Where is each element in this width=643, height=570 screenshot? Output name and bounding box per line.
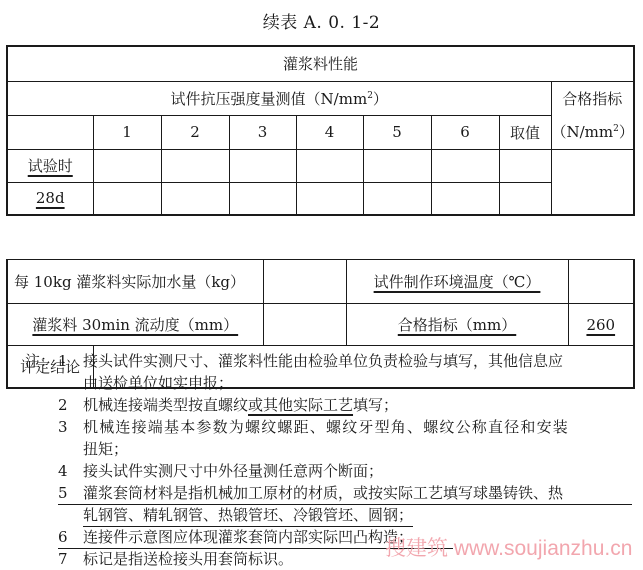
row-label-28d: 28d — [7, 182, 93, 215]
note-3-line-2: 扭矩； — [83, 438, 128, 460]
qualify-value-cell[interactable] — [551, 149, 634, 215]
cell-input[interactable] — [431, 182, 499, 215]
table-title: 续表 A. 0. 1-2 — [0, 8, 643, 33]
col-header-4: 4 — [296, 115, 363, 149]
note-3-num: 3 — [58, 416, 68, 438]
col-header-2: 2 — [161, 115, 229, 149]
cell-input[interactable] — [161, 182, 229, 215]
cell-input[interactable] — [499, 182, 551, 215]
watermark: 搜建筑 www.soujianzhu.cn — [385, 532, 632, 562]
cell-input[interactable] — [229, 182, 296, 215]
note-4-num: 4 — [58, 460, 68, 482]
cell-input[interactable] — [161, 149, 229, 182]
cell-input[interactable] — [296, 149, 363, 182]
note-4-line-1: 接头试件实测尺寸中外径量测任意两个断面； — [83, 460, 383, 482]
cell-input[interactable] — [93, 149, 161, 182]
qualify-label: 合格指标 — [552, 84, 634, 114]
note-6-num: 6 — [58, 528, 68, 546]
note-6-line-1: 连接件示意图应体现灌浆套筒内部实际凹凸构造； — [83, 526, 413, 548]
col-header-3: 3 — [229, 115, 296, 149]
section-header: 灌浆料性能 — [7, 46, 634, 81]
col-header-5: 5 — [363, 115, 431, 149]
note-3-line-1: 机械连接端基本参数为螺纹螺距、螺纹牙型角、螺纹公称直径和安装 — [83, 416, 569, 438]
flow-label: 灌浆料 30min 流动度（mm） — [7, 304, 263, 346]
flow-qualify-value: 260 — [568, 304, 634, 346]
water-label: 每 10kg 灌浆料实际加水量（kg） — [7, 260, 263, 304]
note-2-text: 机械连接端类型按直螺纹或其他实际工艺填写； — [83, 394, 398, 416]
notes-prefix: 注： — [25, 350, 55, 372]
note-5-num: 5 — [58, 484, 68, 502]
note-7-line-1: 标记是指送检接头用套筒标识。 — [83, 548, 293, 570]
note-2-num: 2 — [58, 394, 68, 416]
cell-input[interactable] — [363, 149, 431, 182]
flow-qualify-label: 合格指标（mm） — [346, 304, 568, 346]
strength-header: 试件抗压强度量测值（N/mm2） — [7, 81, 551, 115]
temp-value[interactable] — [568, 260, 634, 304]
row-label-test-time: 试验时 — [7, 149, 93, 182]
note-5-line-1-wrap: 5 灌浆套筒材料是指机械加工原材的材质，或按实际工艺填写球墨铸铁、热 — [58, 482, 632, 505]
note-1-num: 1 — [58, 350, 68, 372]
cell-input[interactable] — [363, 182, 431, 215]
corner-cell — [7, 115, 93, 149]
grout-performance-table: 灌浆料性能 试件抗压强度量测值（N/mm2） 合格指标 （N/mm2） 1 2 … — [6, 45, 635, 216]
cell-input[interactable] — [499, 149, 551, 182]
note-7-wrap: 7 标记是指送检接头用套筒标识。 — [58, 548, 316, 570]
cell-input[interactable] — [93, 182, 161, 215]
note-1-line-2: 由送检单位如实申报； — [83, 372, 233, 394]
col-header-value: 取值 — [499, 115, 551, 149]
qualify-header: 合格指标 （N/mm2） — [551, 81, 634, 149]
qualify-unit: （N/mm2） — [552, 114, 634, 147]
temp-label: 试件制作环境温度（℃） — [346, 260, 568, 304]
note-7-num: 7 — [58, 550, 68, 568]
col-header-1: 1 — [93, 115, 161, 149]
water-value[interactable] — [263, 260, 346, 304]
cell-input[interactable] — [431, 149, 499, 182]
note-1-line-1: 接头试件实测尺寸、灌浆料性能由检验单位负责检验与填写，其他信息应 — [83, 350, 563, 372]
cell-input[interactable] — [229, 149, 296, 182]
flow-value[interactable] — [263, 304, 346, 346]
note-5-line-2: 轧钢管、精轧钢管、热锻管坯、冷锻管坯、圆钢； — [83, 504, 413, 527]
cell-input[interactable] — [296, 182, 363, 215]
note-5-line-1: 灌浆套筒材料是指机械加工原材的材质，或按实际工艺填写球墨铸铁、热 — [83, 482, 563, 504]
col-header-6: 6 — [431, 115, 499, 149]
